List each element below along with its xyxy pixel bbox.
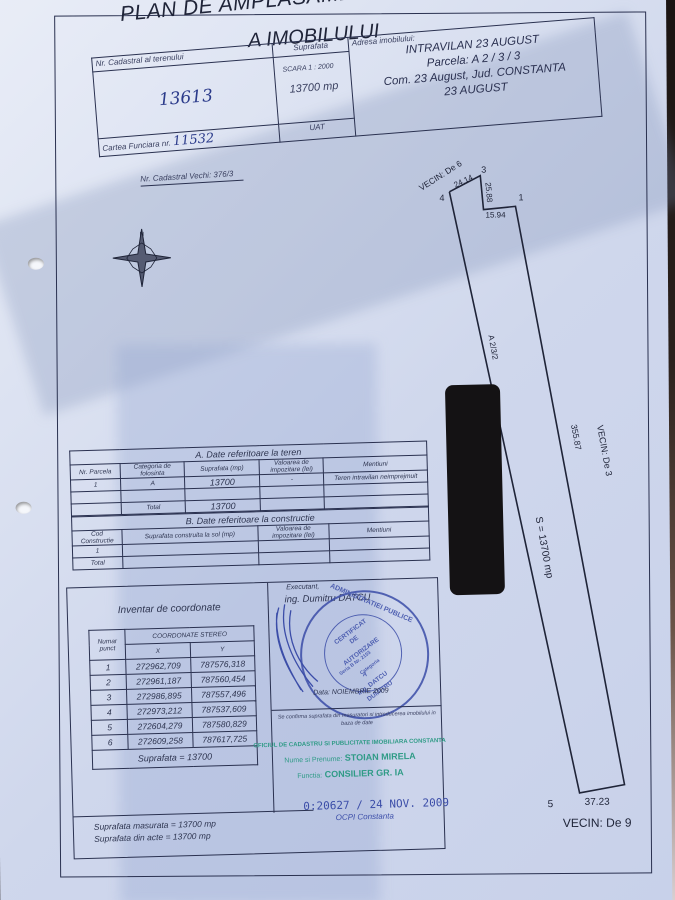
redaction-mark — [445, 384, 505, 595]
north-arrow-icon: N — [111, 227, 173, 289]
registration-date: 24 NOV. 2009 — [369, 796, 449, 811]
stamp-text: A — [363, 672, 368, 678]
area-summary: Suprafata masurata = 13700 mp Suprafata … — [74, 810, 315, 850]
cell: 2 — [90, 674, 127, 690]
segment-label: 37.23 — [585, 797, 611, 808]
coordinates-table: Numar punct COORDONATE STEREO X Y 127296… — [88, 625, 258, 770]
ocpi-stamp: OFICIUL DE CADASTRU SI PUBLICITATE IMOBI… — [250, 738, 451, 782]
registration-stamp: 0:20627 / 24 NOV. 2009 — [303, 796, 449, 813]
ocpi-footer: OCPI Constanta — [336, 811, 394, 822]
punch-hole — [16, 502, 32, 514]
ocpi-name-label: Nume si Prenume: — [284, 756, 342, 765]
col-header: Nr. Parcela — [70, 464, 120, 480]
col-header: Cod Constructie — [72, 530, 122, 546]
segment-label: 355.87 — [569, 424, 584, 452]
neighbor-right-label: VECIN: De 3 — [595, 424, 614, 476]
ocpi-function-label: Functia: — [297, 772, 322, 780]
point-label: 3 — [481, 165, 486, 175]
north-label: N — [140, 232, 144, 238]
point-label: 1 — [518, 192, 523, 202]
segment-label: 25.88 — [483, 182, 494, 203]
col-header: Numar punct — [89, 629, 126, 660]
total-label: Total — [121, 501, 186, 515]
executant-label: Executant, — [286, 583, 319, 591]
cf-number: 11532 — [172, 131, 214, 149]
total-label: Total — [73, 557, 123, 570]
ocpi-name: STOIAN MIRELA — [345, 751, 416, 763]
cell: 1 — [90, 659, 127, 675]
cell: 5 — [91, 719, 128, 735]
area-value: 13700 mp — [274, 51, 355, 124]
inventory-title: Inventar de coordonate — [118, 602, 221, 616]
cell: 3 — [91, 689, 128, 705]
cell: 4 — [91, 704, 128, 720]
confirmation-text: Se confirma suprafata din masuratori si … — [272, 705, 442, 730]
coordinates-and-signatures: Inventar de coordonate Numar punct COORD… — [66, 577, 445, 859]
land-building-table: A. Date referitoare la teren Nr. Parcela… — [69, 440, 430, 570]
segment-label: 24.14 — [452, 173, 474, 190]
parcel-label: A 2/3/2 — [486, 334, 499, 361]
authorization-stamp: ADMINISTRATIEI PUBLICE CERTIFICAT DE AUT… — [298, 588, 431, 721]
address-cell: Adresa imobilului: INTRAVILAN 23 AUGUST … — [348, 18, 602, 136]
cf-label: Cartea Funciara nr. — [102, 138, 171, 152]
punch-hole — [28, 258, 44, 270]
document-page: PLAN DE AMPLASAMENT SI DELIMITARE A IMOB… — [0, 0, 672, 900]
inventory-area: Suprafata = 13700 — [92, 746, 257, 770]
cadastral-number: 13613 — [158, 86, 214, 110]
neighbor-bottom-label: VECIN: De 9 — [563, 816, 632, 830]
point-label: 4 — [439, 193, 444, 203]
point-label: 5 — [548, 799, 554, 810]
segment-label: 15.94 — [486, 210, 507, 219]
area-label: S = 13700 mp — [533, 516, 555, 580]
cell: 6 — [92, 734, 129, 750]
